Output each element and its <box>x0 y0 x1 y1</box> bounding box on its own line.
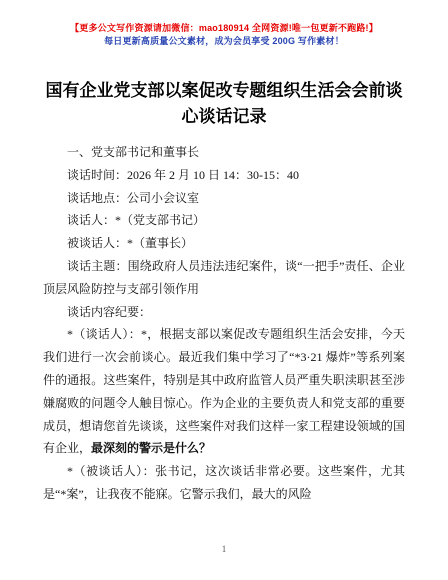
talk-place-line: 谈话地点：公司小会议室 <box>43 187 405 210</box>
document-body: 一、党支部书记和董事长 谈话时间：2026 年 2 月 10 日 14：30-1… <box>43 141 405 506</box>
talk-topic-line: 谈话主题：围绕政府人员违法违纪案件，谈“一把手”责任、企业顶层风险防控与支部引领… <box>43 255 405 301</box>
talkee-line: 被谈话人：*（董事长） <box>43 232 405 255</box>
talker-paragraph: *（谈话人）：*，根据支部以案促改专题组织生活会安排，今天我们进行一次会前谈心。… <box>43 323 405 460</box>
page-number: 1 <box>0 544 448 554</box>
talker-paragraph-question: 最深刻的警示是什么？ <box>91 441 211 455</box>
promo-line-membership: 每日更新高质量公文素材，成为会员享受 200G 写作素材！ <box>0 35 448 48</box>
talk-time-line: 谈话时间：2026 年 2 月 10 日 14：30-15：40 <box>43 164 405 187</box>
document-title: 国有企业党支部以案促改专题组织生活会会前谈心谈话记录 <box>42 78 406 129</box>
talkee-paragraph: *（被谈话人）：张书记，这次谈话非常必要。这些案件，尤其是“*案”，让我夜不能寐… <box>43 460 405 506</box>
promo-header: 【更多公文写作资源请加微信：mao180914 全网资源!唯一包更新不跑路!】 … <box>0 0 448 48</box>
talker-paragraph-text: *（谈话人）：*，根据支部以案促改专题组织生活会安排，今天我们进行一次会前谈心。… <box>43 327 405 455</box>
document-page: 【更多公文写作资源请加微信：mao180914 全网资源!唯一包更新不跑路!】 … <box>0 0 448 580</box>
summary-heading: 谈话内容纪要： <box>43 301 405 324</box>
promo-line-wechat: 【更多公文写作资源请加微信：mao180914 全网资源!唯一包更新不跑路!】 <box>0 22 448 35</box>
talker-line: 谈话人：*（党支部书记） <box>43 209 405 232</box>
section-heading: 一、党支部书记和董事长 <box>43 141 405 164</box>
